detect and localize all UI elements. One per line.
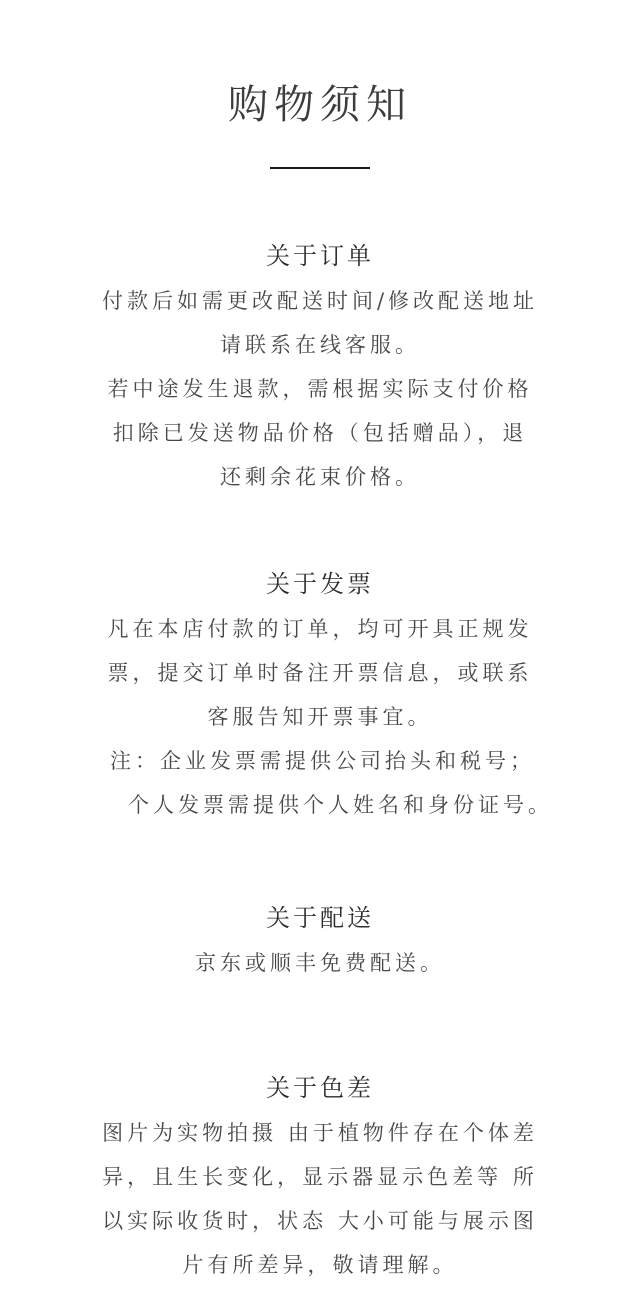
section-heading: 关于色差 bbox=[0, 1072, 640, 1104]
section-line: 异，且生长变化，显示器显示色差等 所 bbox=[0, 1160, 640, 1194]
section-heading: 关于发票 bbox=[0, 568, 640, 600]
section-delivery: 关于配送 京东或顺丰免费配送。 bbox=[0, 902, 640, 990]
section-line: 凡在本店付款的订单，均可开具正规发 bbox=[0, 612, 640, 646]
section-line: 个人发票需提供个人姓名和身份证号。 bbox=[0, 788, 640, 822]
section-line: 扣除已发送物品价格（包括赠品），退 bbox=[0, 416, 640, 450]
section-line: 以实际收货时，状态 大小可能与展示图 bbox=[0, 1204, 640, 1238]
section-line: 注：企业发票需提供公司抬头和税号； bbox=[0, 744, 640, 778]
section-heading: 关于配送 bbox=[0, 902, 640, 934]
section-line: 票，提交订单时备注开票信息，或联系 bbox=[0, 656, 640, 690]
section-line: 还剩余花束价格。 bbox=[0, 460, 640, 494]
title-divider bbox=[270, 167, 370, 169]
section-line: 客服告知开票事宜。 bbox=[0, 700, 640, 734]
section-line: 图片为实物拍摄 由于植物件存在个体差 bbox=[0, 1116, 640, 1150]
section-invoice: 关于发票 凡在本店付款的订单，均可开具正规发 票，提交订单时备注开票信息，或联系… bbox=[0, 568, 640, 832]
section-order: 关于订单 付款后如需更改配送时间/修改配送地址 请联系在线客服。 若中途发生退款… bbox=[0, 240, 640, 504]
section-line: 付款后如需更改配送时间/修改配送地址 bbox=[0, 284, 640, 318]
section-line: 请联系在线客服。 bbox=[0, 328, 640, 362]
page-title: 购物须知 bbox=[0, 80, 640, 130]
section-line: 京东或顺丰免费配送。 bbox=[0, 946, 640, 980]
section-heading: 关于订单 bbox=[0, 240, 640, 272]
section-color-difference: 关于色差 图片为实物拍摄 由于植物件存在个体差 异，且生长变化，显示器显示色差等… bbox=[0, 1072, 640, 1292]
section-line: 若中途发生退款，需根据实际支付价格 bbox=[0, 372, 640, 406]
section-line: 片有所差异，敬请理解。 bbox=[0, 1248, 640, 1282]
